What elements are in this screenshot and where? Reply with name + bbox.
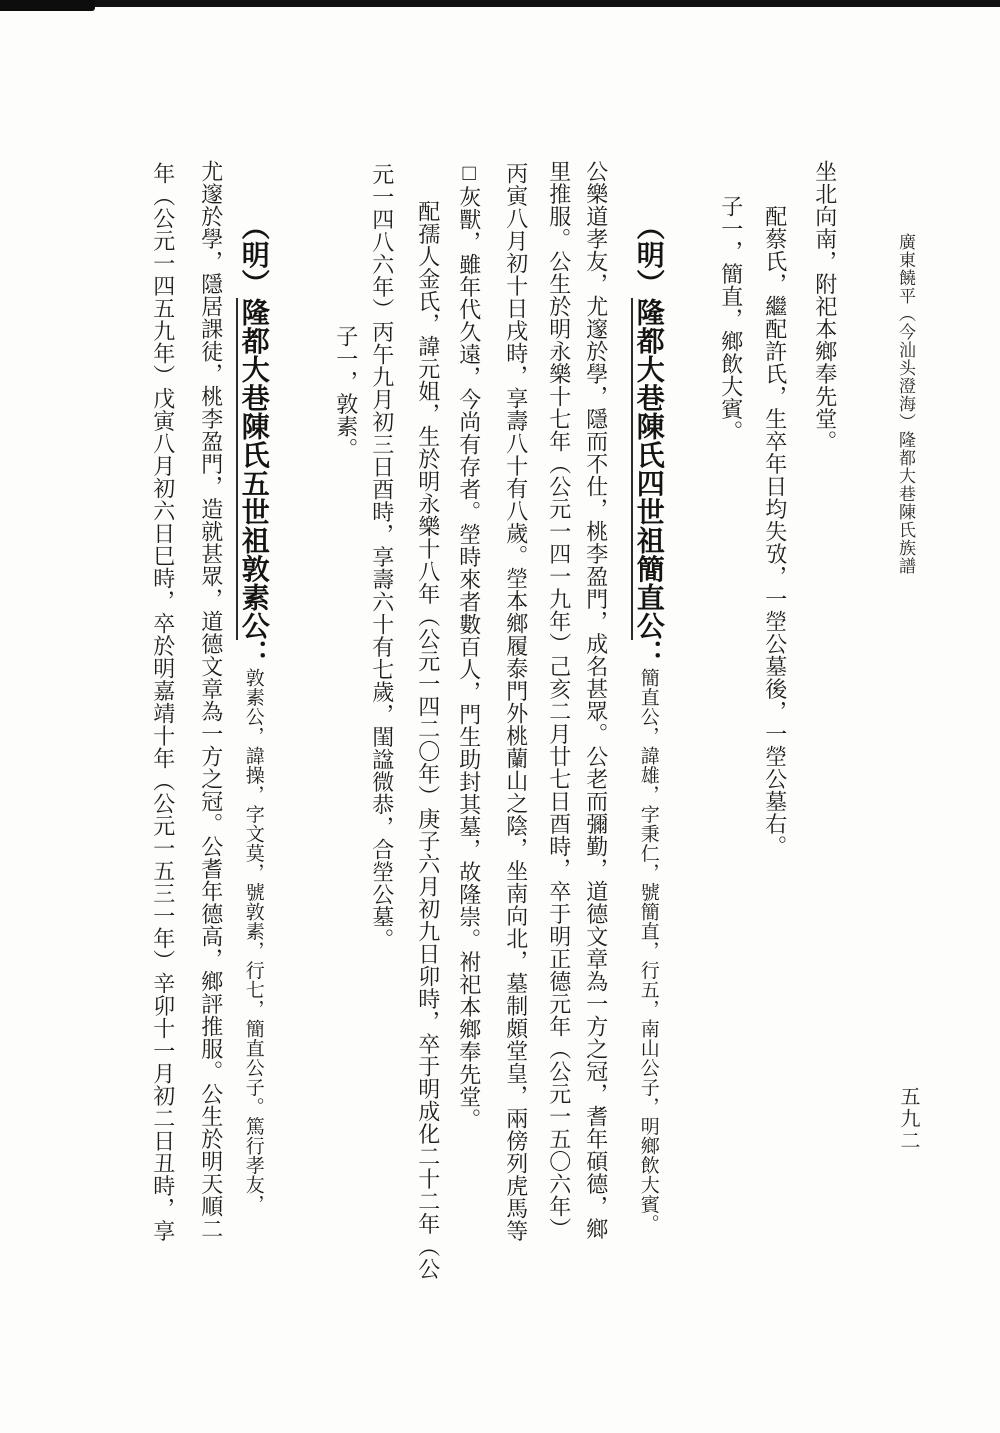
column-jianzhi-virtue: 公樂道孝友，尤邃於學，隱而不仕，桃李盈門，成名甚眾。公老而彌勤，道德文章為一方之… bbox=[581, 160, 611, 1240]
era-label: （明） bbox=[238, 212, 269, 298]
folio-number: 五九二 bbox=[894, 1086, 921, 1152]
column-dunsu-dates: 年（公元一四五九年）戊寅八月初六日巳時，卒於明嘉靖十年（公元一五三一年）辛卯十一… bbox=[148, 162, 178, 1242]
heading-colon: ： bbox=[633, 640, 664, 669]
genealogy-scan-page: 廣東饒平（今汕头澄海）隆都大巷陳氏族譜 五九二 坐北向南，附祀本鄉奉先堂。 配蔡… bbox=[0, 0, 1000, 1433]
column-grave-orientation: 坐北向南，附祀本鄉奉先堂。 bbox=[810, 160, 840, 453]
entry-title-jianzhi: 隆都大巷陳氏四世祖簡直公 bbox=[631, 298, 664, 640]
column-jianzhi-grave: 丙寅八月初十日戌時，享壽八十有八歲。塋本鄉履泰門外桃蘭山之陰，坐南向北，墓制頗堂… bbox=[501, 162, 531, 1242]
scan-edge-artifact bbox=[0, 0, 1000, 7]
entry-heading-5th-gen: （明）隆都大巷陳氏五世祖敦素公：敦素公，諱操，字文莫，號敦素，行七，簡直公子。篤… bbox=[234, 212, 272, 1214]
entry-intro-jianzhi: 簡直公，諱雄，字秉仁，號簡直，行五，南山公子，明鄉飲大賓。 bbox=[638, 668, 659, 1234]
book-margin-title: 廣東饒平（今汕头澄海）隆都大巷陳氏族譜 bbox=[893, 233, 916, 575]
column-jianzhi-spouse-cont: 元一四八六年）丙午九月初三日酉時，享壽六十有七歲，閨諡微恭，合塋公墓。 bbox=[367, 163, 397, 951]
column-sons-jianzhi: 子一，簡直，鄉飲大賓。 bbox=[716, 195, 746, 443]
column-sons-dunsu: 子一，敦素。 bbox=[331, 325, 361, 460]
entry-heading-4th-gen: （明）隆都大巷陳氏四世祖簡直公：簡直公，諱雄，字秉仁，號簡直，行五，南山公子，明… bbox=[629, 212, 667, 1234]
entry-title-dunsu: 隆都大巷陳氏五世祖敦素公 bbox=[236, 298, 269, 640]
heading-colon: ： bbox=[238, 640, 269, 669]
column-jianzhi-spouse: 配孺人金氏，諱元姐，生於明永樂十八年（公元一四二〇年）庚子六月初九日卯時，卒于明… bbox=[413, 200, 443, 1280]
column-jianzhi-dates: 里推服。公生於明永樂十七年（公元一四一九年）己亥二月廿七日酉時，卒于明正德元年（… bbox=[544, 160, 574, 1240]
column-dunsu-virtue: 尤邃於學，隱居課徒，桃李盈門，造就甚眾，道德文章為一方之冠。公耆年德高，鄉評推服… bbox=[196, 160, 226, 1240]
scan-edge-artifact-corner bbox=[0, 0, 95, 11]
era-label: （明） bbox=[633, 212, 664, 298]
entry-intro-dunsu: 敦素公，諱操，字文莫，號敦素，行七，簡直公子。篤行孝友， bbox=[243, 668, 264, 1214]
column-jianzhi-grave-cont: □灰獸，雖年代久遠，今尚有存者。塋時來者數百人，門生助封其墓，故隆崇。袝祀本鄉奉… bbox=[454, 160, 484, 1131]
column-spouses: 配蔡氏，繼配許氏，生卒年日均失攷，一塋公墓後，一塋公墓右。 bbox=[760, 205, 790, 858]
